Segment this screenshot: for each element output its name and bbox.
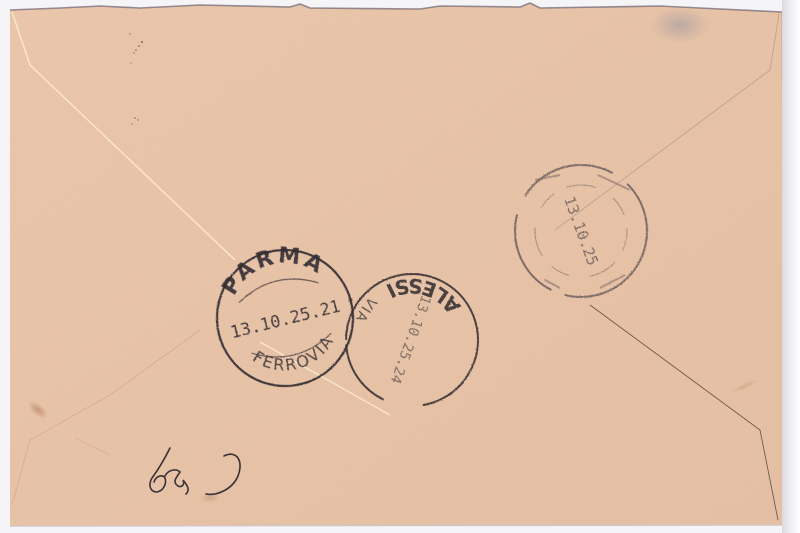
- envelope-back: [10, 3, 784, 526]
- scan-edge-right: [782, 0, 800, 533]
- envelope-photo: PARMA 13.10.25.21 FERROVIA * ALESSI VIA …: [0, 0, 800, 533]
